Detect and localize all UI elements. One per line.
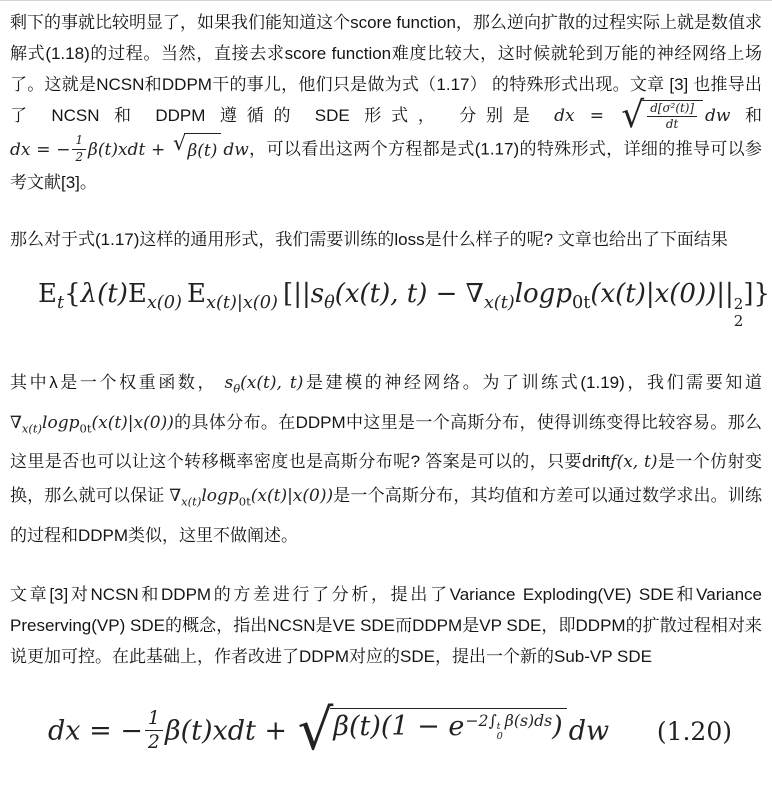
vp-lhs: dx = − [10,140,70,160]
nabla-symbol: ∇ [10,413,22,433]
exp-integrand: β(s)ds [505,711,552,730]
mid-terms: (x(t), t) − ∇ [335,279,484,309]
s-args: (x(t), t) [240,373,303,393]
norm-sup: 2 [734,296,744,313]
grad-args: (x(t)|x(0)) [251,486,333,506]
logp-sub: 0t [572,293,590,313]
eq20-exponent: −2∫t0β(s)ds [465,711,552,742]
eq20-sqrt: √β(t)(1 − e−2∫t0β(s)ds) [298,708,567,756]
lambda-term: λ(t) [81,279,128,309]
norm-squared: 22 [734,296,744,331]
paragraph-1-text-2: 和 [730,106,762,125]
equation-number-1-20: (1.20) [657,717,732,746]
paragraph-2: 那么对于式(1.17)这样的通用形式，我们需要训练的loss是什么样子的呢? 文… [10,224,762,255]
nabla-symbol: ∇ [169,486,181,506]
expectation-E: E [128,279,147,309]
eq20-mid: β(t)xdt + [165,715,287,746]
bracket-norm-open: [|| [283,279,311,309]
article: 剩下的事就比较明显了，如果我们能知道这个score function，那么逆向扩… [0,1,772,756]
vp-mid: β(t)xdt + [88,140,165,160]
formula-vp-sde: dx = −12β(t)xdt + √β(t)dw [10,140,249,160]
eq20-fraction: 12 [145,708,163,753]
expectation-E-sub: x(0) [147,293,182,313]
vp-fraction-denominator: 2 [72,150,86,164]
formula-drift-f: f(x, t) [610,452,657,472]
eq20-fraction-numerator: 1 [145,708,163,731]
vp-fraction: 12 [72,134,86,163]
grad-sub: x(t) [484,293,515,313]
nabla-sub: x(t) [22,421,42,435]
expectation-E-sub: x(t)|x(0) [206,293,278,313]
ve-sqrt: √d[σ²(t)]dt [621,100,703,133]
nabla-sub: x(t) [181,495,201,509]
ve-rhs: dw [705,106,730,126]
paragraph-2-text: 那么对于式(1.17)这样的通用形式，我们需要训练的loss是什么样子的呢? 文… [10,230,728,249]
eq20-radicand-left: β(t)(1 − e [333,711,464,742]
vp-fraction-numerator: 1 [72,134,86,149]
brace-open: { [64,279,81,309]
radical-sign-icon: √ [621,99,644,133]
ve-lhs: dx = [554,106,604,126]
formula-grad-logp: ∇x(t)logp0t(x(t)|x(0)) [169,486,333,506]
ve-fraction-denominator: dt [647,117,697,131]
paragraph-4: 文章[3]对NCSN和DDPM的方差进行了分析，提出了Variance Expl… [10,579,762,672]
bracket-close: ]} [743,279,770,309]
logp: logp [201,486,238,506]
logp-sub: 0t [239,495,251,509]
integral-limits: t0 [497,722,503,741]
formula-grad-logp: ∇x(t)logp0t(x(t)|x(0)) [10,413,174,433]
vp-sqrt: √β(t) [173,133,221,167]
grad-args: (x(t)|x(0)) [91,413,173,433]
ve-fraction-numerator: d[σ²(t)] [647,102,697,117]
ve-fraction: d[σ²(t)]dt [647,102,697,131]
equation-1-19-body: Et{λ(t)Ex(0) Ex(t)|x(0) [||sθ(x(t), t) −… [38,279,770,330]
equation-1-19: Et{λ(t)Ex(0) Ex(t)|x(0) [||sθ(x(t), t) −… [38,279,748,330]
equation-1-20: dx = −12β(t)xdt + √β(t)(1 − e−2∫t0β(s)ds… [48,708,732,756]
score-s: s [311,279,324,309]
exp-coeff: −2 [465,711,488,730]
vp-radicand: β(t) [187,136,217,167]
paragraph-3: 其中λ是一个权重函数， sθ(x(t), t)是建模的神经网络。为了训练式(1.… [10,366,762,552]
eq20-rhs: dw [569,715,609,746]
logp: logp [515,279,572,309]
s: s [224,373,233,393]
paragraph-3-text-1: 其中λ是一个权重函数， [10,373,224,392]
formula-s-theta: sθ(x(t), t) [224,373,303,393]
equation-1-20-body: dx = −12β(t)xdt + √β(t)(1 − e−2∫t0β(s)ds… [48,708,609,756]
vp-rhs: dw [223,140,248,160]
paragraph-1: 剩下的事就比较明显了，如果我们能知道这个score function，那么逆向扩… [10,7,762,198]
tail-terms: (x(t)|x(0))|| [590,279,733,309]
radical-sign-icon: √ [298,706,334,756]
eq20-radicand-right: ) [552,711,563,742]
expectation-E: E [38,279,57,309]
score-s-sub: θ [324,293,335,313]
expectation-E: E [187,279,206,309]
logp-sub: 0t [79,421,91,435]
logp: logp [42,413,79,433]
formula-ve-sde: dx = √d[σ²(t)]dtdw [554,106,730,126]
eq20-lhs: dx = − [48,715,143,746]
norm-sub: 2 [734,313,744,330]
paragraph-4-text: 文章[3]对NCSN和DDPM的方差进行了分析，提出了Variance Expl… [10,585,762,666]
integral-icon: ∫ [488,711,496,730]
integral-lower: 0 [497,732,503,742]
eq20-fraction-denominator: 2 [145,731,163,753]
paragraph-3-text-2: 是建模的神经网络。为了训练式(1.19)，我们需要知道 [303,373,762,392]
